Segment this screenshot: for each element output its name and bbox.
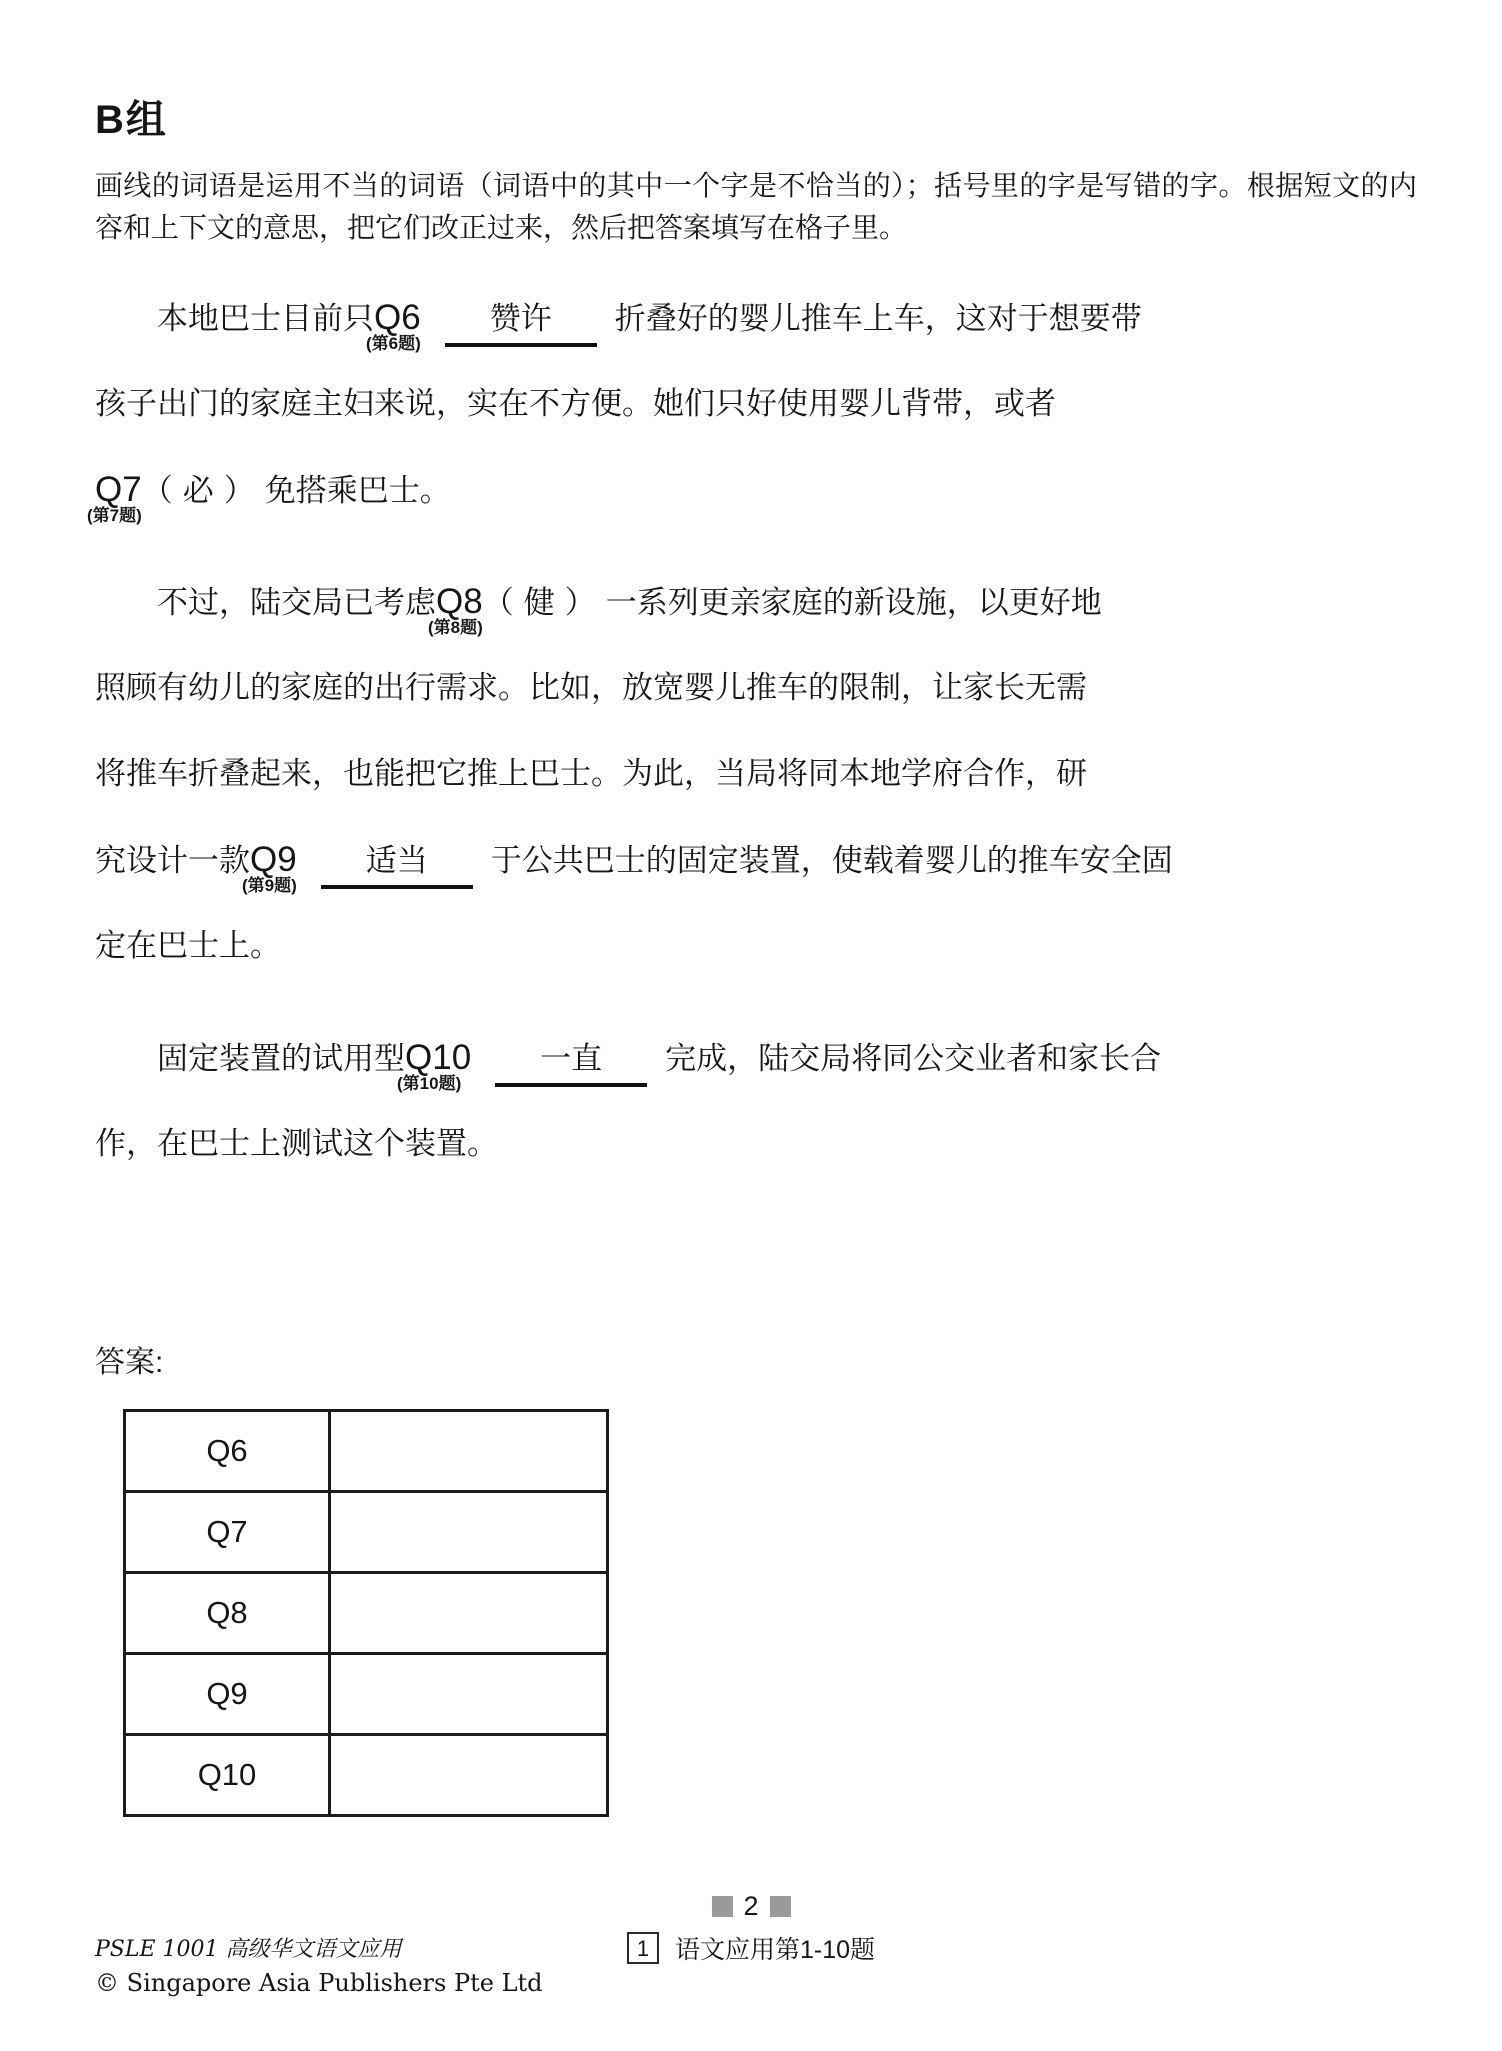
- underlined-word-q6: 赞许: [445, 295, 597, 347]
- passage-text: 固定装置的试用型: [157, 1041, 405, 1077]
- underlined-word-q9: 适当: [321, 837, 473, 889]
- passage-text: 免搭乘巴士。: [265, 473, 451, 509]
- table-row: Q6: [125, 1411, 608, 1492]
- page-number-square-right: [770, 1896, 791, 1917]
- passage-text: 照顾有幼儿的家庭的出行需求。比如，放宽婴儿推车的限制，让家长无需: [95, 670, 1087, 706]
- page-content: B组 画线的词语是运用不当的词语（词语中的其中一个字是不恰当的）；括号里的字是写…: [0, 0, 1502, 1817]
- q10-marker: Q10: [405, 1038, 471, 1077]
- q9-sublabel: (第9题): [242, 877, 297, 894]
- answer-table: Q6 Q7 Q8 Q9: [123, 1409, 609, 1817]
- table-row: Q10: [125, 1735, 608, 1816]
- passage-text: 究设计一款: [95, 843, 250, 879]
- section-reference-box: 1: [627, 1932, 659, 1964]
- passage-line: 孩子出门的家庭主妇来说，实在不方便。她们只好使用婴儿背带，或者: [95, 361, 1417, 447]
- passage-text: 本地巴士目前只: [157, 301, 374, 337]
- passage-line: 作，在巴士上测试这个装置。: [95, 1101, 1417, 1187]
- page-number: 2: [743, 1891, 758, 1921]
- exam-page: B组 画线的词语是运用不当的词语（词语中的其中一个字是不恰当的）；括号里的字是写…: [0, 0, 1502, 2051]
- answers-section: 答案: Q6 Q7 Q8 Q9: [95, 1337, 1417, 1817]
- passage-line: 不过，陆交局已考虑Q8(第8题)（健）一系列更亲家庭的新设施，以更好地: [95, 559, 1417, 645]
- passage-text: 作，在巴士上测试这个装置。: [95, 1126, 498, 1162]
- question-marker-q7: Q7(第7题): [95, 447, 142, 533]
- answer-label-cell-q8: Q8: [125, 1573, 330, 1654]
- underlined-word-q10: 一直: [495, 1035, 647, 1087]
- answers-label: 答案:: [95, 1337, 1417, 1381]
- page-number-row: 2: [627, 1893, 875, 1920]
- q7-sublabel: (第7题): [87, 507, 142, 524]
- passage-text: 不过，陆交局已考虑: [157, 585, 436, 621]
- bracketed-word-q7: （必）: [142, 473, 265, 509]
- answer-input-cell-q6: [330, 1411, 608, 1492]
- table-row: Q9: [125, 1654, 608, 1735]
- passage-text: 将推车折叠起来，也能把它推上巴士。为此，当局将同本地学府合作，研: [95, 756, 1087, 792]
- section-reference-label: 语文应用第1-10题: [675, 1936, 875, 1964]
- q6-sublabel: (第6题): [366, 335, 421, 352]
- footer-left: PSLE 1001 高级华文语文应用 © Singapore Asia Publ…: [95, 1935, 543, 2001]
- passage-line: 将推车折叠起来，也能把它推上巴士。为此，当局将同本地学府合作，研: [95, 731, 1417, 817]
- passage-line: 照顾有幼儿的家庭的出行需求。比如，放宽婴儿推车的限制，让家长无需: [95, 645, 1417, 731]
- section-title: B组: [95, 88, 1417, 145]
- passage-line: 究设计一款Q9(第9题)适当于公共巴士的固定装置，使载着婴儿的推车安全固: [95, 817, 1417, 903]
- passage-text: 于公共巴士的固定装置，使载着婴儿的推车安全固: [491, 843, 1173, 879]
- answer-input-cell-q8: [330, 1573, 608, 1654]
- answer-label-cell-q9: Q9: [125, 1654, 330, 1735]
- page-number-square-left: [711, 1896, 732, 1917]
- q8-sublabel: (第8题): [428, 619, 483, 636]
- question-marker-q6: Q6(第6题): [374, 275, 421, 361]
- question-marker-q10: Q10(第10题): [405, 1015, 471, 1101]
- footer-center: 2 1语文应用第1-10题: [627, 1893, 875, 1966]
- answer-label-cell-q7: Q7: [125, 1492, 330, 1573]
- answer-input-cell-q9: [330, 1654, 608, 1735]
- q7-marker: Q7: [95, 470, 142, 509]
- q9-marker: Q9: [250, 840, 297, 879]
- passage-line: 固定装置的试用型Q10(第10题)一直完成，陆交局将同公交业者和家长合: [95, 1015, 1417, 1101]
- instructions-text: 画线的词语是运用不当的词语（词语中的其中一个字是不恰当的）；括号里的字是写错的字…: [95, 165, 1417, 249]
- passage-text: 折叠好的婴儿推车上车，这对于想要带: [615, 301, 1142, 337]
- table-row: Q7: [125, 1492, 608, 1573]
- answer-input-cell-q7: [330, 1492, 608, 1573]
- section-reference-row: 1语文应用第1-10题: [627, 1930, 875, 1966]
- answer-label-cell-q6: Q6: [125, 1411, 330, 1492]
- q6-marker: Q6: [374, 298, 421, 337]
- answer-input-cell-q10: [330, 1735, 608, 1816]
- table-row: Q8: [125, 1573, 608, 1654]
- passage-text: 定在巴士上。: [95, 928, 281, 964]
- q10-sublabel: (第10题): [397, 1075, 461, 1092]
- passage: 本地巴士目前只Q6(第6题)赞许折叠好的婴儿推车上车，这对于想要带 孩子出门的家…: [95, 275, 1417, 1187]
- passage-text: 完成，陆交局将同公交业者和家长合: [665, 1041, 1161, 1077]
- bracketed-word-q8: （健）: [483, 585, 606, 621]
- question-marker-q9: Q9(第9题): [250, 817, 297, 903]
- copyright-notice: © Singapore Asia Publishers Pte Ltd: [95, 1965, 543, 2001]
- passage-text: 一系列更亲家庭的新设施，以更好地: [606, 585, 1102, 621]
- answer-label-cell-q10: Q10: [125, 1735, 330, 1816]
- paragraph-3: 固定装置的试用型Q10(第10题)一直完成，陆交局将同公交业者和家长合 作，在巴…: [95, 1015, 1417, 1187]
- paragraph-2: 不过，陆交局已考虑Q8(第8题)（健）一系列更亲家庭的新设施，以更好地 照顾有幼…: [95, 559, 1417, 989]
- question-marker-q8: Q8(第8题): [436, 559, 483, 645]
- passage-line: 本地巴士目前只Q6(第6题)赞许折叠好的婴儿推车上车，这对于想要带: [95, 275, 1417, 361]
- book-title: PSLE 1001 高级华文语文应用: [95, 1935, 543, 1965]
- paragraph-1: 本地巴士目前只Q6(第6题)赞许折叠好的婴儿推车上车，这对于想要带 孩子出门的家…: [95, 275, 1417, 533]
- q8-marker: Q8: [436, 582, 483, 621]
- passage-line: 定在巴士上。: [95, 903, 1417, 989]
- passage-text: 孩子出门的家庭主妇来说，实在不方便。她们只好使用婴儿背带，或者: [95, 386, 1056, 422]
- passage-line: Q7(第7题)（必）免搭乘巴士。: [95, 447, 1417, 533]
